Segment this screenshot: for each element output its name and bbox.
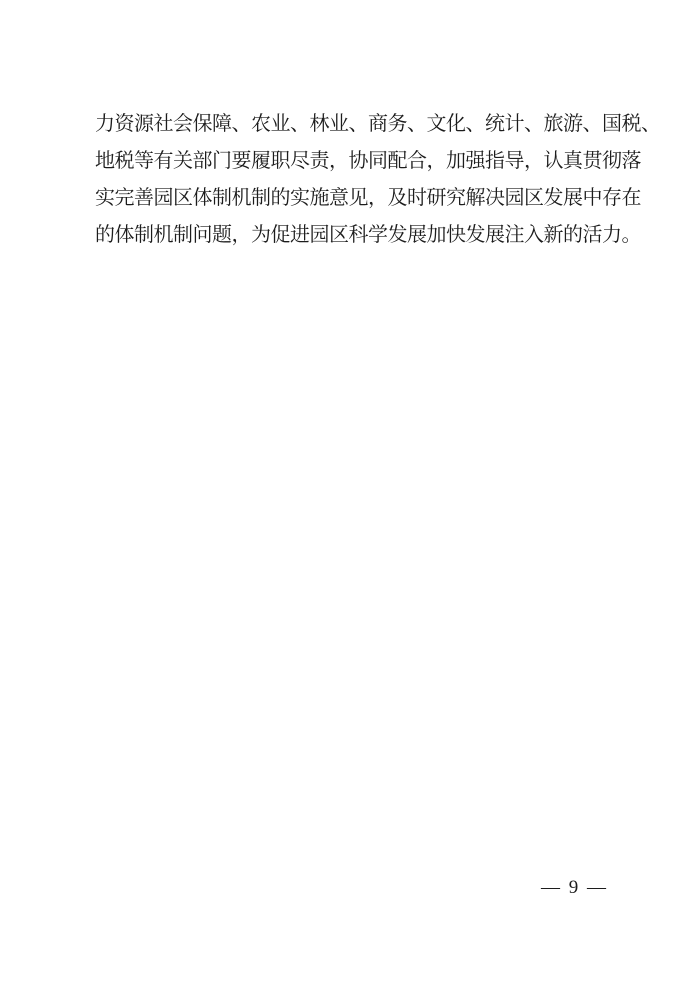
paragraph-line-4: 的体制机制问题，为促进园区科学发展加快发展注入新的活力。: [95, 217, 612, 254]
paragraph-line-2: 地税等有关部门要履职尽责，协同配合，加强指导，认真贯彻落: [95, 143, 612, 180]
page-number: — 9 —: [541, 876, 608, 900]
paragraph-line-3: 实完善园区体制机制的实施意见，及时研究解决园区发展中存在: [95, 180, 612, 217]
document-page: 力资源社会保障、农业、林业、商务、文化、统计、旅游、国税、 地税等有关部门要履职…: [0, 0, 700, 990]
body-paragraph: 力资源社会保障、农业、林业、商务、文化、统计、旅游、国税、 地税等有关部门要履职…: [95, 106, 612, 254]
paragraph-line-1: 力资源社会保障、农业、林业、商务、文化、统计、旅游、国税、: [95, 106, 612, 143]
